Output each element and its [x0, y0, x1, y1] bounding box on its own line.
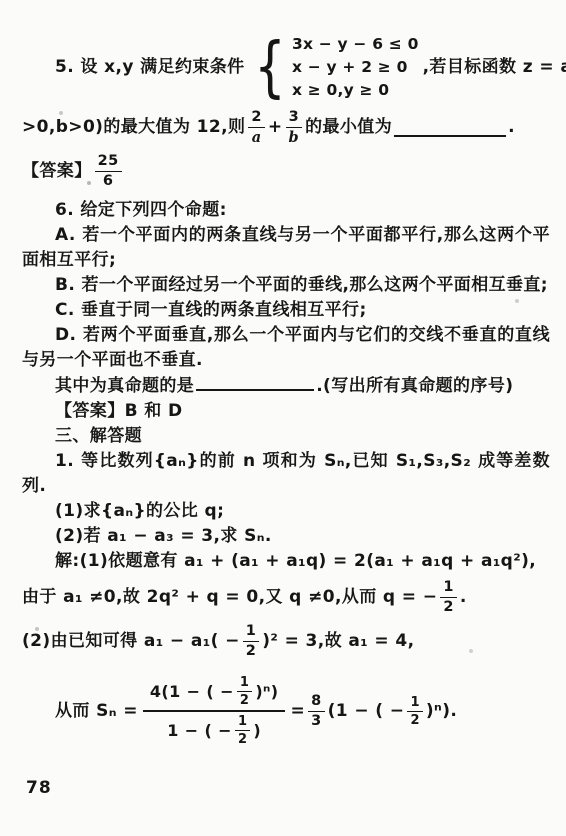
solution-line-2-text: 由于 a₁ ≠0,故 2q² + q = 0,又 q ≠0,从而 q = −	[22, 585, 437, 610]
big-fraction-denominator: 1 − ( − 1 2 )	[160, 712, 268, 749]
constraint-1: 3x − y − 6 ≤ 0	[292, 33, 419, 56]
fraction-one-half: 1 2	[237, 675, 252, 708]
fraction-one-half: 1 2	[243, 623, 260, 660]
plus-sign: +	[268, 115, 283, 140]
fraction-3-over-b: 3 b	[286, 109, 303, 146]
constraint-rows: 3x − y − 6 ≤ 0 x − y + 2 ≥ 0 x ≥ 0,y ≥ 0	[292, 33, 419, 102]
answer-6-value: B 和 D	[125, 401, 183, 421]
problem-6-conclusion: 其中为真命题的是.(写出所有真命题的序号)	[22, 373, 550, 399]
fraction-8-over-3: 8 3	[308, 693, 325, 730]
problem-6-option-d: D. 若两个平面垂直,那么一个平面内与它们的交线不垂直的直线与另一个平面也不垂直…	[22, 323, 550, 373]
period: .	[508, 115, 515, 140]
conclusion-post-text: .(写出所有真命题的序号)	[316, 376, 513, 396]
fill-in-blank	[196, 373, 314, 391]
problem-5-lead-text: 5. 设 x,y 满足约束条件	[55, 55, 245, 80]
sn-equals-text: 从而 Sₙ =	[55, 699, 138, 724]
fraction-one-half: 1 2	[235, 714, 250, 747]
left-brace: {	[254, 34, 286, 100]
constraint-3: x ≥ 0,y ≥ 0	[292, 79, 419, 102]
fraction-one-half: 1 2	[440, 579, 457, 616]
solution-line-4: 从而 Sₙ = 4(1 − ( − 1 2 )ⁿ) 1 − ( − 1 2	[55, 668, 550, 754]
answer-label: 【答案】	[22, 159, 92, 184]
conclusion-pre-text: 其中为真命题的是	[55, 376, 194, 396]
problem-6-option-a: A. 若一个平面内的两条直线与另一个平面都平行,那么这两个平面相互平行;	[22, 223, 550, 273]
period: .	[460, 585, 467, 610]
page-content: 5. 设 x,y 满足约束条件 { 3x − y − 6 ≤ 0 x − y +…	[0, 0, 566, 754]
solution-line-3-text: (2)由已知可得 a₁ − a₁( −	[22, 629, 240, 654]
scan-noise	[0, 0, 2, 2]
question-1-part2: (2)若 a₁ − a₃ = 3,求 Sₙ.	[22, 524, 550, 549]
constraint-2: x − y + 2 ≥ 0	[292, 56, 419, 79]
page-number: 78	[26, 778, 52, 798]
solution-line-2: 由于 a₁ ≠0,故 2q² + q = 0,又 q ≠0,从而 q = − 1…	[22, 579, 550, 616]
fraction-25-over-6: 25 6	[95, 153, 122, 190]
scanned-textbook-page: 5. 设 x,y 满足约束条件 { 3x − y − 6 ≤ 0 x − y +…	[0, 0, 566, 836]
solution-line-3-mid-text: )² = 3,故 a₁ = 4,	[262, 629, 414, 654]
question-1-part1: (1)求{aₙ}的公比 q;	[22, 499, 550, 524]
fill-in-blank	[394, 118, 506, 136]
section-heading: 三、解答题	[22, 424, 550, 449]
answer-6: 【答案】B 和 D	[22, 399, 550, 424]
constraint-system: { 3x − y − 6 ≤ 0 x − y + 2 ≥ 0 x ≥ 0,y ≥…	[245, 33, 423, 102]
question-1-stem: 1. 等比数列{aₙ}的前 n 项和为 Sₙ,已知 S₁,S₃,S₂ 成等差数列…	[22, 449, 550, 499]
fraction-2-over-a: 2 a	[248, 109, 265, 146]
problem-6-option-c: C. 垂直于同一直线的两条直线相互平行;	[22, 298, 550, 323]
solution-line-1: 解:(1)依题意有 a₁ + (a₁ + a₁q) = 2(a₁ + a₁q +…	[22, 549, 550, 574]
big-fraction-numerator: 4(1 − ( − 1 2 )ⁿ)	[143, 673, 286, 712]
answer-5: 【答案】 25 6	[22, 153, 550, 190]
problem-5-statement: 5. 设 x,y 满足约束条件 { 3x − y − 6 ≤ 0 x − y +…	[55, 30, 550, 104]
problem-5-line2-mid-text: 的最小值为	[305, 115, 392, 140]
problem-5-line2: >0,b>0)的最大值为 12,则 2 a + 3 b 的最小值为 .	[22, 109, 550, 146]
problem-5-line2-text: >0,b>0)的最大值为 12,则	[22, 115, 245, 140]
answer-label: 【答案】	[55, 401, 125, 421]
problem-5-objective-text: ,若目标函数 z = ax + by(a	[423, 55, 566, 80]
equals-sign: =	[290, 699, 305, 724]
problem-6-title: 6. 给定下列四个命题:	[22, 198, 550, 223]
result-post-text: )ⁿ).	[426, 699, 457, 724]
solution-line-3: (2)由已知可得 a₁ − a₁( − 1 2 )² = 3,故 a₁ = 4,	[22, 623, 550, 660]
problem-6-option-b: B. 若一个平面经过另一个平面的垂线,那么这两个平面相互垂直;	[22, 273, 550, 298]
big-fraction: 4(1 − ( − 1 2 )ⁿ) 1 − ( − 1 2 )	[143, 673, 286, 749]
fraction-one-half: 1 2	[407, 695, 422, 728]
result-pre-text: (1 − ( −	[328, 699, 405, 724]
